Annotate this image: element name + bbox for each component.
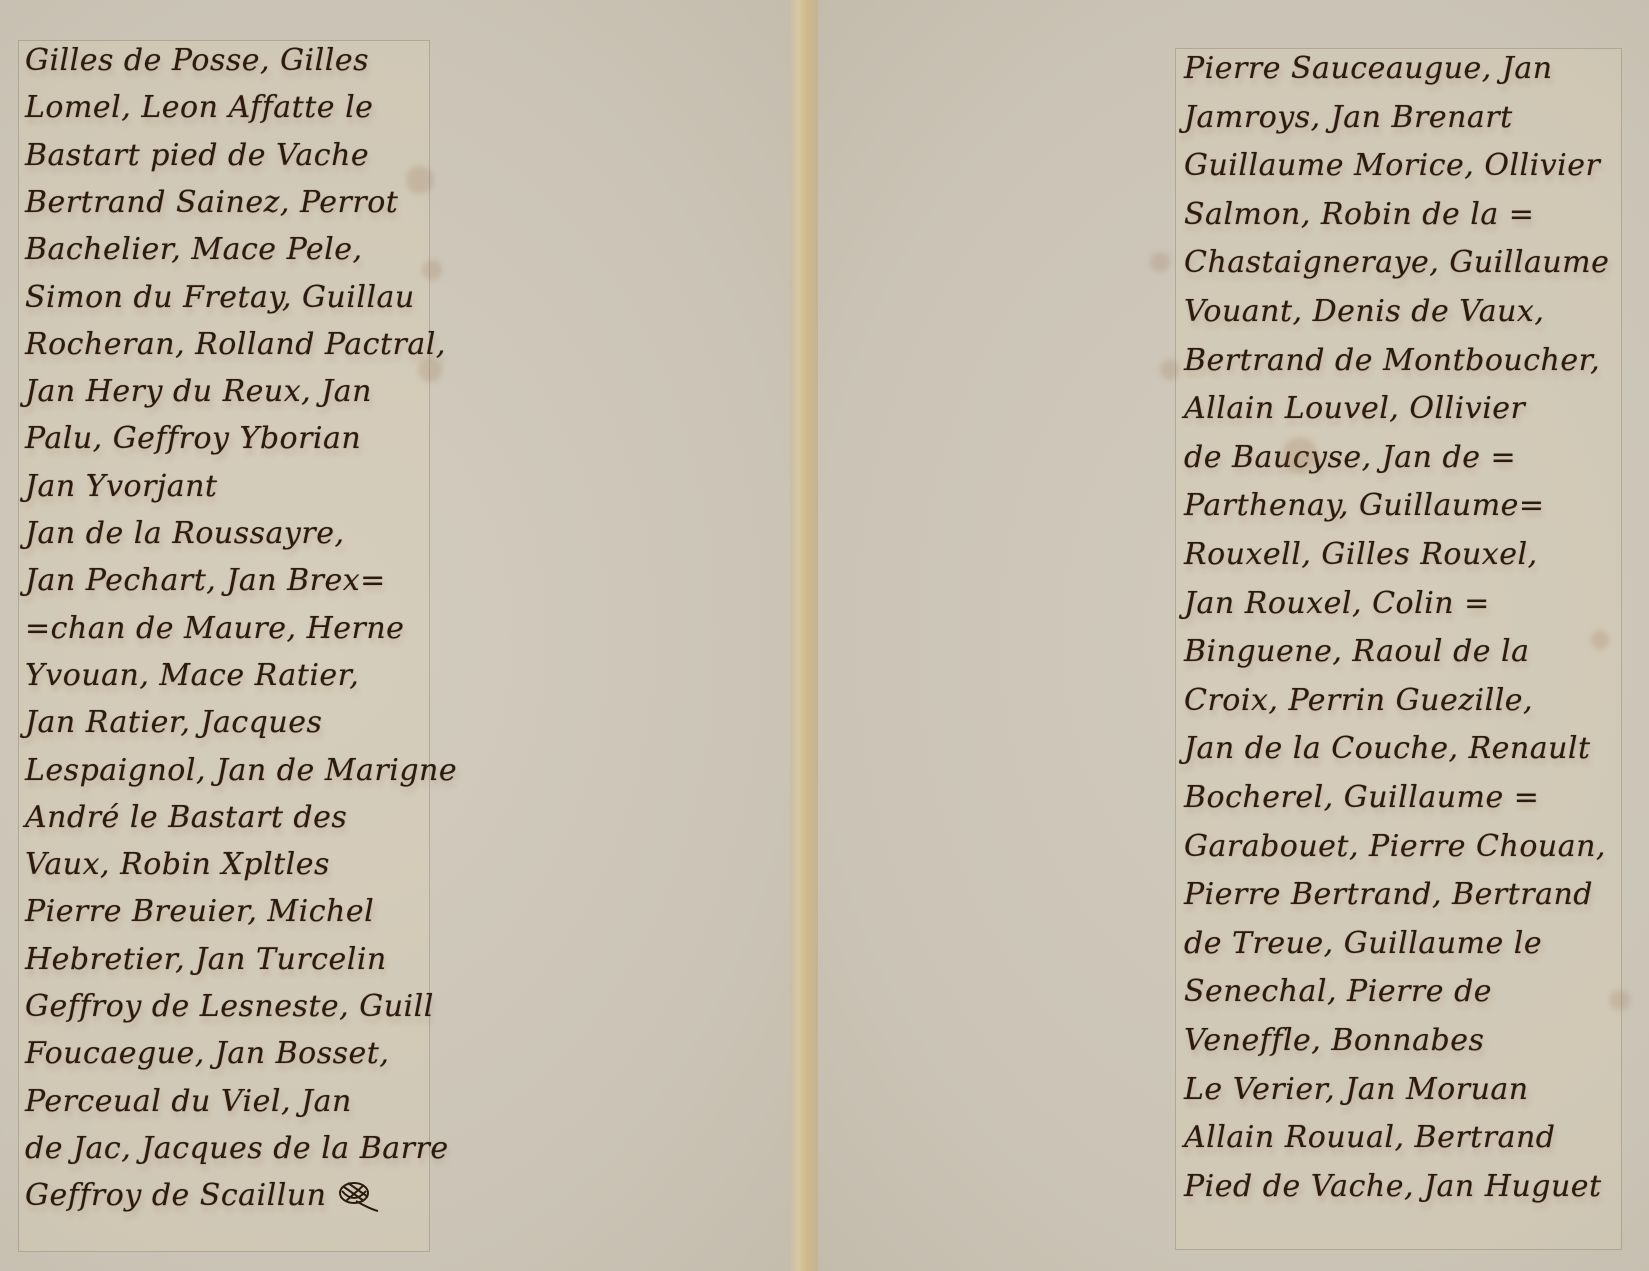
manuscript-line: Lespaignol, Jan de Marigne — [25, 753, 457, 788]
manuscript-line: Pierre Bertrand, Bertrand — [1184, 877, 1593, 912]
manuscript-line: Pierre Sauceaugue, Jan — [1184, 51, 1553, 86]
manuscript-line: Jan Pechart, Jan Brex= — [25, 563, 386, 598]
ink-stain — [1150, 252, 1170, 272]
manuscript-line: Jan Ratier, Jacques — [25, 705, 322, 740]
left-text-block: Gilles de Posse, GillesLomel, Leon Affat… — [18, 40, 430, 1252]
manuscript-line: Bertrand Sainez, Perrot — [25, 185, 398, 220]
manuscript-line: Jan Yvorjant — [25, 469, 218, 504]
manuscript-line: Jan Rouxel, Colin = — [1184, 586, 1490, 621]
manuscript-line: Le Verier, Jan Moruan — [1184, 1072, 1529, 1107]
manuscript-line: Jan Hery du Reux, Jan — [25, 374, 372, 409]
manuscript-line: Allain Rouual, Bertrand — [1184, 1120, 1556, 1155]
manuscript-line: Vaux, Robin Xpltles — [25, 847, 330, 882]
manuscript-line: Croix, Perrin Guezille, — [1184, 683, 1533, 718]
manuscript-line: Jamroys, Jan Brenart — [1184, 100, 1513, 135]
ink-stain — [1591, 631, 1609, 649]
manuscript-line: Senechal, Pierre de — [1184, 974, 1492, 1009]
manuscript-line: Veneffle, Bonnabes — [1184, 1023, 1484, 1058]
manuscript-line: de Jac, Jacques de la Barre — [25, 1131, 449, 1166]
manuscript-line: Bocherel, Guillaume = — [1184, 780, 1539, 815]
ink-stain — [422, 260, 442, 280]
ink-stain — [1160, 360, 1180, 380]
manuscript-line: Foucaegue, Jan Bosset, — [25, 1036, 389, 1071]
manuscript-line: Palu, Geffroy Yborian — [25, 421, 361, 456]
right-text-block: Pierre Sauceaugue, JanJamroys, Jan Brena… — [1175, 48, 1622, 1250]
manuscript-line: Chastaigneraye, Guillaume — [1184, 245, 1609, 280]
manuscript-line: Guillaume Morice, Ollivier — [1184, 148, 1600, 183]
manuscript-line: Garabouet, Pierre Chouan, — [1184, 829, 1606, 864]
manuscript-line: Vouant, Denis de Vaux, — [1184, 294, 1544, 329]
manuscript-line: de Baucyse, Jan de = — [1184, 440, 1516, 475]
manuscript-line: Binguene, Raoul de la — [1184, 634, 1530, 669]
manuscript-line: Bachelier, Mace Pele, — [25, 232, 363, 267]
manuscript-line: Rouxell, Gilles Rouxel, — [1184, 537, 1538, 572]
manuscript-line: Rocheran, Rolland Pactral, — [25, 327, 446, 362]
ink-stain — [1282, 437, 1318, 473]
manuscript-line: Bertrand de Montboucher, — [1184, 343, 1600, 378]
manuscript-line: Parthenay, Guillaume= — [1184, 488, 1545, 523]
manuscript-line: Jan de la Roussayre, — [25, 516, 345, 551]
manuscript-line: Yvouan, Mace Ratier, — [25, 658, 359, 693]
manuscript-line: Pied de Vache, Jan Huguet — [1184, 1169, 1602, 1204]
manuscript-line: Allain Louvel, Ollivier — [1184, 391, 1525, 426]
ink-stain — [1610, 990, 1630, 1010]
manuscript-line: Lomel, Leon Affatte le — [25, 90, 373, 125]
signature-flourish-icon — [336, 1179, 380, 1215]
ink-stain — [406, 166, 434, 194]
manuscript-line: Hebretier, Jan Turcelin — [25, 942, 387, 977]
manuscript-line: Bastart pied de Vache — [25, 138, 369, 173]
manuscript-spread: Gilles de Posse, GillesLomel, Leon Affat… — [0, 0, 1649, 1271]
ink-stain — [418, 358, 442, 382]
manuscript-line: Jan de la Couche, Renault — [1184, 731, 1591, 766]
manuscript-line: Simon du Fretay, Guillau — [25, 280, 415, 315]
manuscript-line: Gilles de Posse, Gilles — [25, 43, 369, 78]
manuscript-line: André le Bastart des — [25, 800, 347, 835]
manuscript-line: Salmon, Robin de la = — [1184, 197, 1534, 232]
manuscript-line: Pierre Breuier, Michel — [25, 894, 374, 929]
manuscript-line: de Treue, Guillaume le — [1184, 926, 1542, 961]
manuscript-line: Geffroy de Scaillun — [25, 1178, 380, 1215]
manuscript-line: Geffroy de Lesneste, Guill — [25, 989, 434, 1024]
manuscript-line: Perceual du Viel, Jan — [25, 1084, 352, 1119]
binding-gutter — [790, 0, 818, 1271]
manuscript-line: =chan de Maure, Herne — [25, 611, 404, 646]
